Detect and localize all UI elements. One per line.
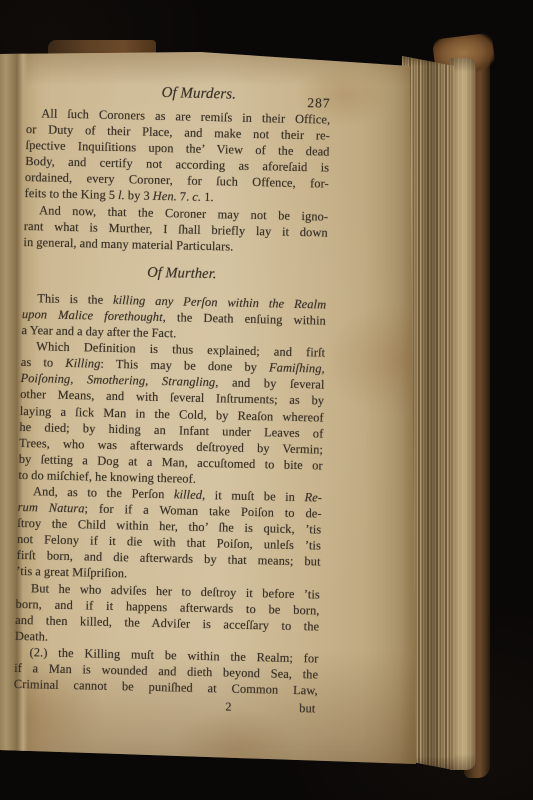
paragraph: All ſuch Coroners as are remiſs in their… xyxy=(24,105,330,208)
paragraph: But he who adviſes her to deſtroy it bef… xyxy=(15,579,320,650)
photo-stage: Of Murders. 287 All ſuch Coroners as are… xyxy=(0,0,533,800)
page-number: 287 xyxy=(307,95,331,112)
catchword: but xyxy=(299,700,315,716)
section-heading: Of Murther. xyxy=(23,262,327,287)
page-paragraphs: All ſuch Coroners as are remiſs in their… xyxy=(14,105,331,699)
page-text-block: Of Murders. 287 All ſuch Coroners as are… xyxy=(13,82,331,718)
signature-mark: 2 xyxy=(225,699,231,715)
paragraph: Which Definition is thus explained; and … xyxy=(18,338,325,489)
paragraph: (2.) the Killing muſt be within the Real… xyxy=(14,644,319,699)
paragraph: And now, that the Coroner may not be ign… xyxy=(23,202,328,257)
paragraph: And, as to the Perſon killed, it muſt be… xyxy=(16,483,322,586)
paragraph: This is the killing any Perſon within th… xyxy=(21,290,326,345)
running-title: Of Murders. xyxy=(27,82,331,105)
book-page: Of Murders. 287 All ſuch Coroners as are… xyxy=(0,0,416,790)
